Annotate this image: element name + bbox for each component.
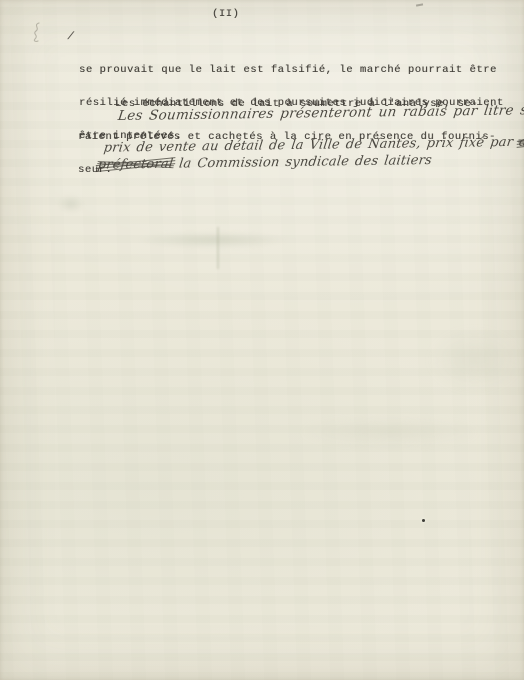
stray-pencil-dash bbox=[416, 3, 423, 6]
handwritten-text: la Commission syndicale des laitiers bbox=[172, 153, 433, 172]
margin-slash-annotation: / bbox=[66, 32, 76, 43]
struck-out-word: arrêté bbox=[518, 134, 524, 150]
handwritten-line-3: préfectoral la Commission syndicale des … bbox=[71, 138, 435, 188]
paper-showthrough-smudge bbox=[430, 330, 520, 390]
ink-speck bbox=[422, 519, 425, 522]
paper-showthrough-smudge bbox=[300, 418, 480, 446]
paper-showthrough-line bbox=[217, 227, 219, 269]
scanned-document-page: (II) / se prouvait que le lait est falsi… bbox=[0, 0, 524, 680]
page-number: (II) bbox=[212, 9, 239, 20]
typed-line: se prouvait que le lait est falsifié, le… bbox=[79, 65, 504, 76]
paper-showthrough-smudge bbox=[138, 232, 288, 248]
pencil-squiggle-mark bbox=[30, 21, 44, 43]
struck-out-word: préfectoral bbox=[97, 157, 174, 173]
